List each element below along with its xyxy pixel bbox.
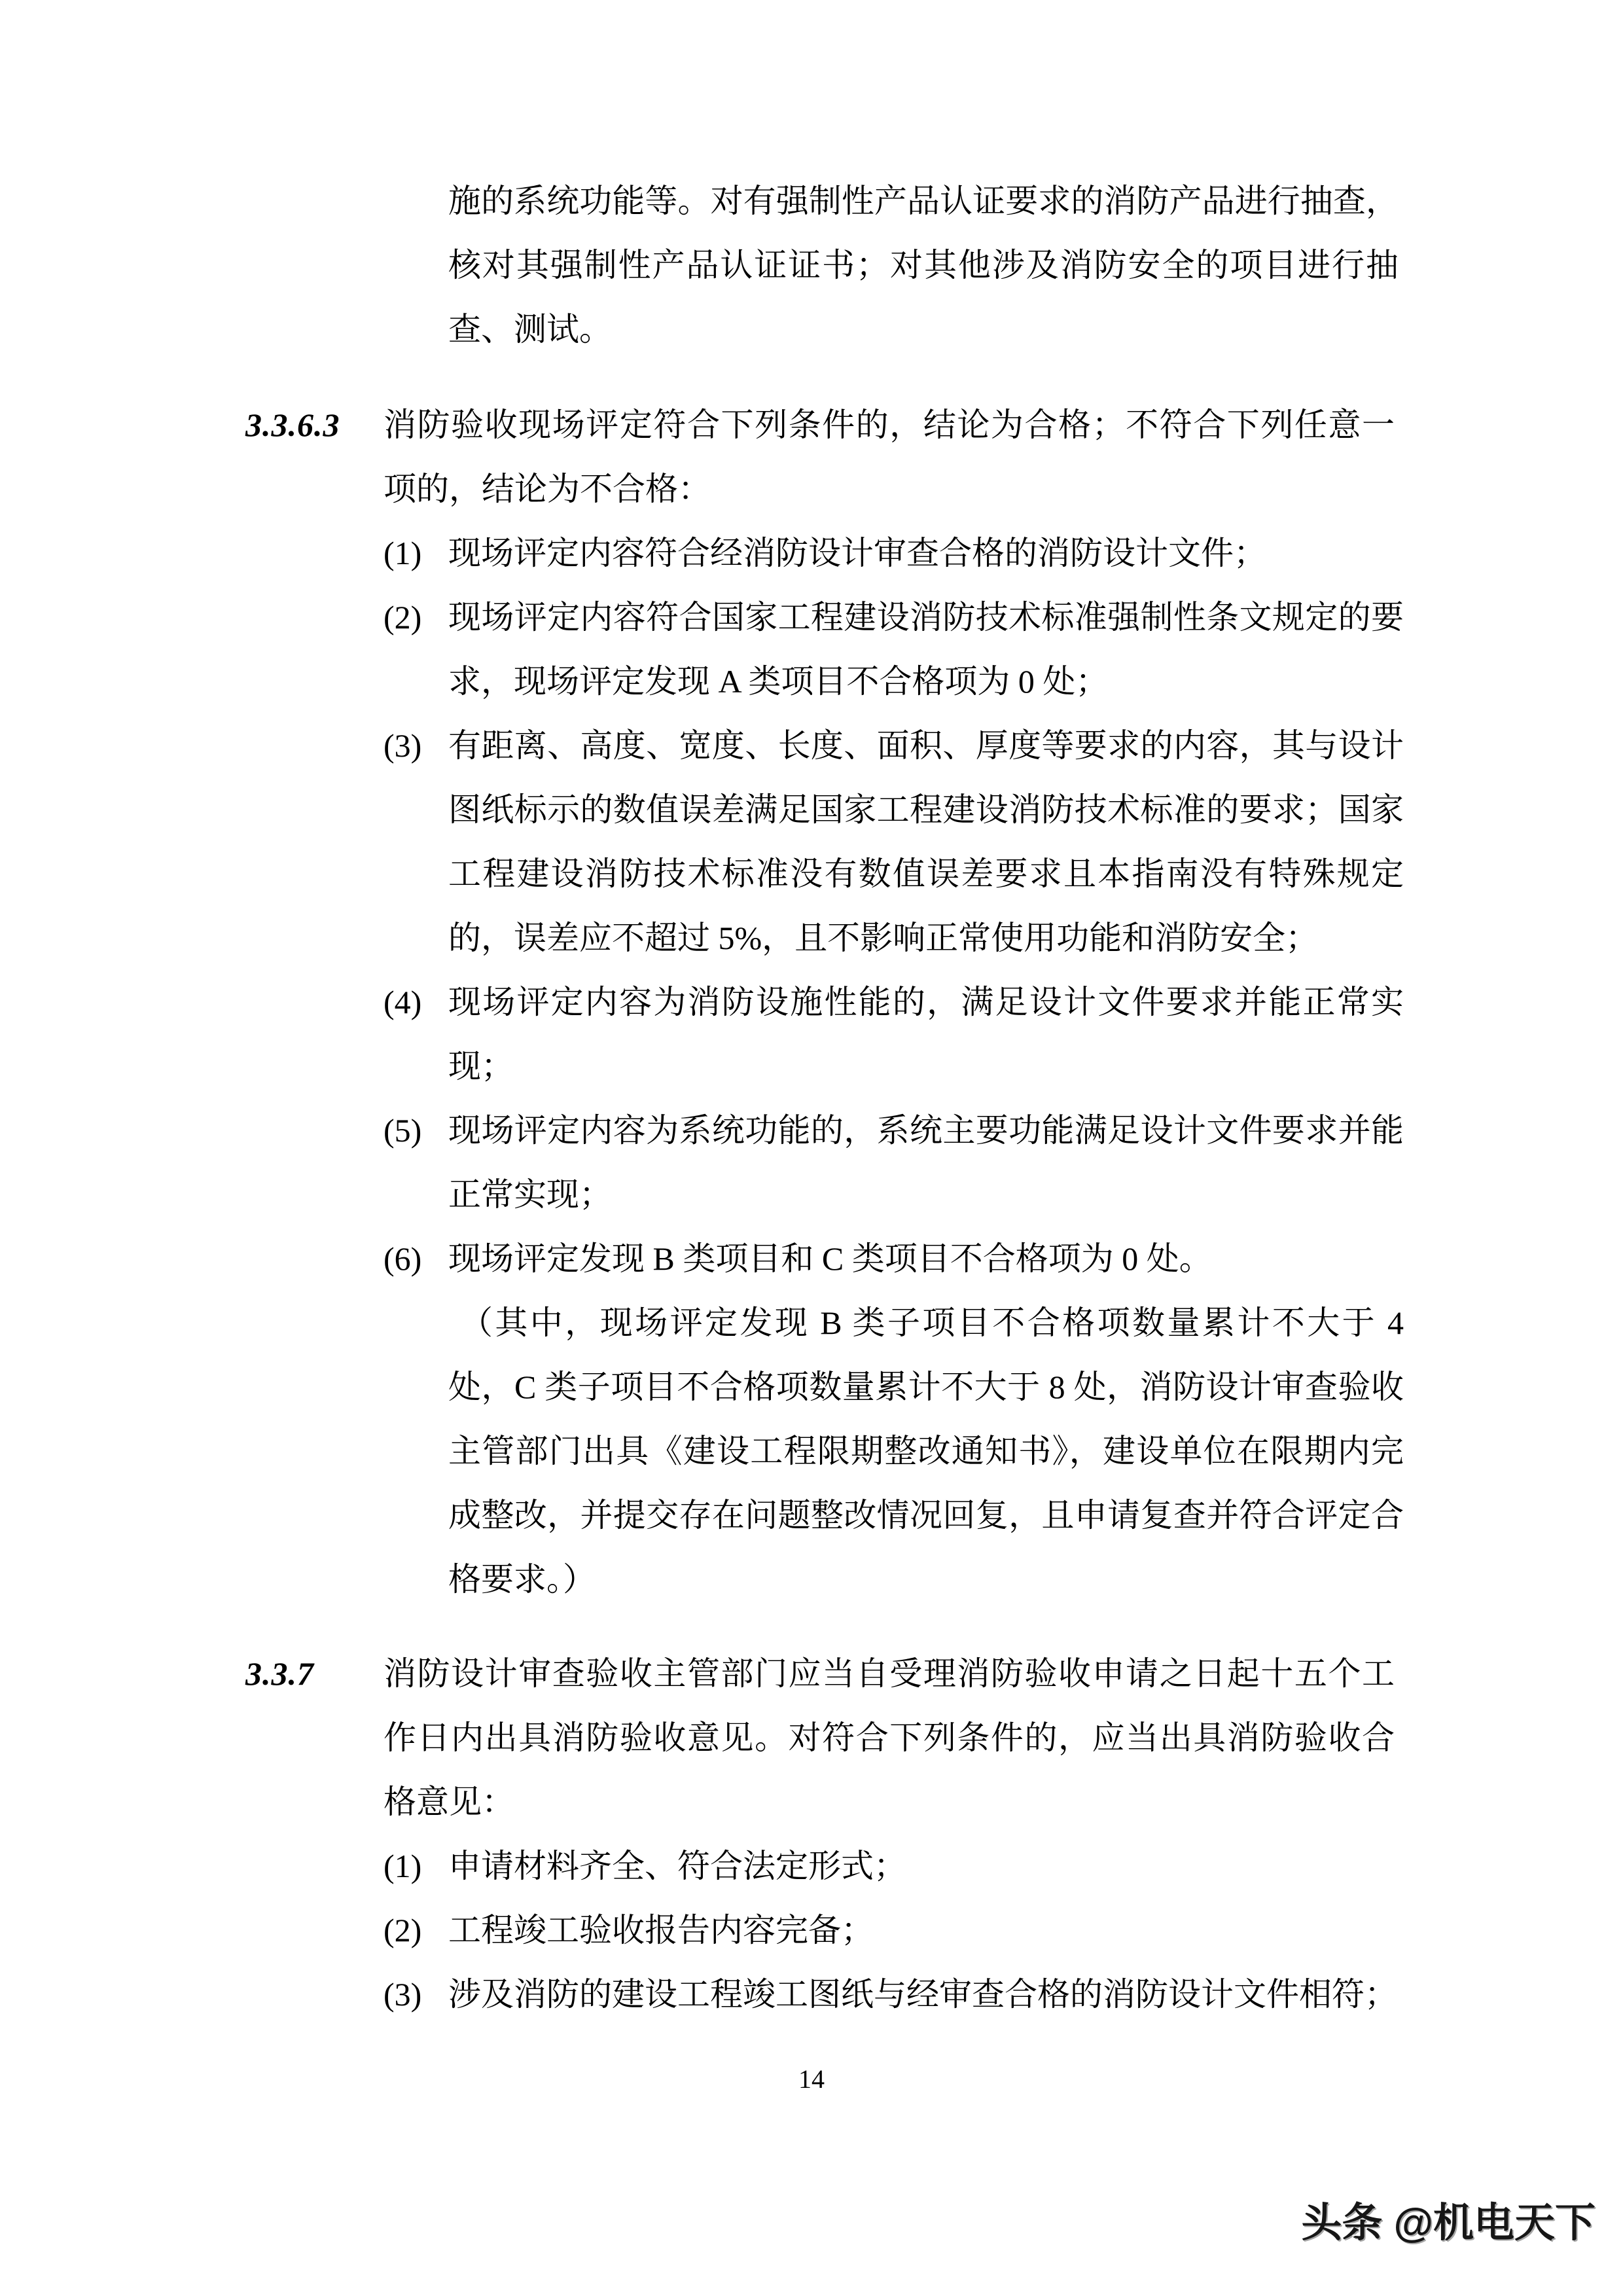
list-item: (1) 现场评定内容符合经消防设计审查合格的消防设计文件；: [383, 521, 1404, 585]
list-item-marker: (3): [383, 1962, 448, 2026]
list-item-text: 有距离、高度、宽度、长度、面积、厚度等要求的内容，其与设计图纸标示的数值误差满足…: [448, 713, 1404, 970]
list-item-text: 现场评定发现 B 类项目和 C 类项目不合格项为 0 处。: [448, 1227, 1404, 1291]
list-item-text: 现场评定内容为系统功能的，系统主要功能满足设计文件要求并能正常实现；: [448, 1098, 1404, 1227]
list-item-marker: (1): [383, 1834, 448, 1898]
list-item-text: 现场评定内容为消防设施性能的，满足设计文件要求并能正常实现；: [448, 970, 1404, 1098]
list-item-text: 申请材料齐全、符合法定形式；: [448, 1834, 1404, 1898]
list-item-marker: (2): [383, 585, 448, 649]
page-number: 14: [0, 2047, 1623, 2111]
list-item-text: 工程竣工验收报告内容完备；: [448, 1898, 1404, 1962]
list-item: (1) 申请材料齐全、符合法定形式；: [383, 1834, 1404, 1898]
section-3-3-7: 3.3.7 消防设计审查验收主管部门应当自受理消防验收申请之日起十五个工作日内出…: [0, 1641, 1623, 2026]
list-item: (6) 现场评定发现 B 类项目和 C 类项目不合格项为 0 处。: [383, 1227, 1404, 1291]
section-3-3-6-3: 3.3.6.3 消防验收现场评定符合下列条件的，结论为合格；不符合下列任意一项的…: [0, 393, 1623, 1611]
section-number: 3.3.6.3: [245, 393, 340, 457]
list-item-text: 现场评定内容符合国家工程建设消防技术标准强制性条文规定的要求，现场评定发现 A …: [448, 585, 1404, 713]
watermark: 头条 @机电天下: [1301, 2194, 1596, 2253]
section-body: 消防设计审查验收主管部门应当自受理消防验收申请之日起十五个工作日内出具消防验收意…: [383, 1641, 1395, 1834]
list-item: (3) 有距离、高度、宽度、长度、面积、厚度等要求的内容，其与设计图纸标示的数值…: [383, 713, 1404, 970]
list-item-text: 现场评定内容符合经消防设计审查合格的消防设计文件；: [448, 521, 1404, 585]
list-item-marker: (6): [383, 1227, 448, 1291]
intro-paragraph: 施的系统功能等。对有强制性产品认证要求的消防产品进行抽查，核对其强制性产品认证证…: [448, 0, 1399, 361]
list-item: (4) 现场评定内容为消防设施性能的，满足设计文件要求并能正常实现；: [383, 970, 1404, 1098]
section-body: 消防验收现场评定符合下列条件的，结论为合格；不符合下列任意一项的，结论为不合格：: [383, 393, 1395, 521]
list-item: (2) 现场评定内容符合国家工程建设消防技术标准强制性条文规定的要求，现场评定发…: [383, 585, 1404, 713]
ordered-list: (1) 申请材料齐全、符合法定形式； (2) 工程竣工验收报告内容完备； (3)…: [383, 1834, 1404, 2026]
list-item-marker: (1): [383, 521, 448, 585]
list-item-text: 涉及消防的建设工程竣工图纸与经审查合格的消防设计文件相符；: [448, 1962, 1404, 2026]
ordered-list: (1) 现场评定内容符合经消防设计审查合格的消防设计文件； (2) 现场评定内容…: [383, 521, 1404, 1291]
list-item-marker: (4): [383, 970, 448, 1034]
document-page: 施的系统功能等。对有强制性产品认证要求的消防产品进行抽查，核对其强制性产品认证证…: [0, 0, 1623, 2296]
list-item-marker: (5): [383, 1098, 448, 1162]
list-item: (5) 现场评定内容为系统功能的，系统主要功能满足设计文件要求并能正常实现；: [383, 1098, 1404, 1227]
list-item: (2) 工程竣工验收报告内容完备；: [383, 1898, 1404, 1962]
section-note: （其中，现场评定发现 B 类子项目不合格项数量累计不大于 4 处，C 类子项目不…: [448, 1291, 1404, 1611]
list-item: (3) 涉及消防的建设工程竣工图纸与经审查合格的消防设计文件相符；: [383, 1962, 1404, 2026]
list-item-marker: (3): [383, 713, 448, 778]
section-number: 3.3.7: [245, 1641, 314, 1706]
list-item-marker: (2): [383, 1898, 448, 1962]
